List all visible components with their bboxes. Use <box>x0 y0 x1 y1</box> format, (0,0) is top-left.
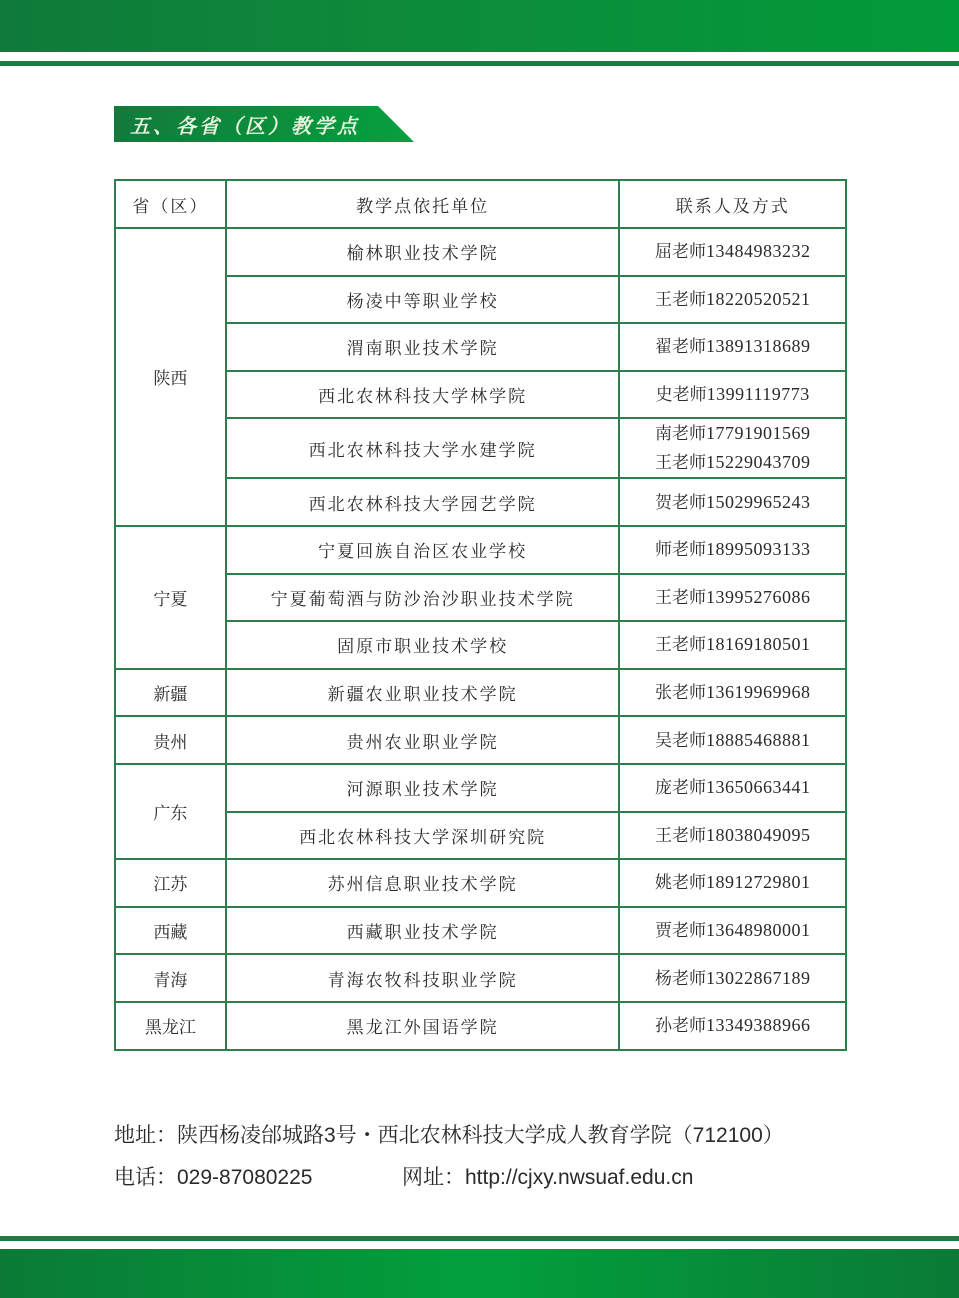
unit-cell: 榆林职业技术学院 <box>226 228 620 276</box>
address-value: 陕西杨凌邰城路3号・西北农林科技大学成人教育学院（712100） <box>177 1124 784 1147</box>
contact-cell: 屈老师13484983232 <box>619 228 846 276</box>
contact-cell: 杨老师13022867189 <box>619 954 846 1002</box>
contact-entry: 贾老师13648980001 <box>620 916 845 945</box>
contact-name: 王老师 <box>655 826 706 846</box>
contact-phone: 18169180501 <box>706 634 811 654</box>
contact-name: 翟老师 <box>655 337 706 357</box>
table-row: 青海青海农牧科技职业学院杨老师13022867189 <box>115 954 846 1002</box>
website-link[interactable]: http://cjxy.nwsuaf.edu.cn <box>465 1166 693 1189</box>
contact-name: 王老师 <box>655 635 706 655</box>
contact-phone: 13991119773 <box>707 384 810 404</box>
table-row: 贵州贵州农业职业学院吴老师18885468881 <box>115 716 846 764</box>
contact-phone: 13484983232 <box>706 241 811 261</box>
table-row: 陕西榆林职业技术学院屈老师13484983232 <box>115 228 846 276</box>
contact-phone: 13349388966 <box>706 1015 811 1035</box>
header-contact: 联系人及方式 <box>619 180 846 228</box>
contact-name: 南老师 <box>655 424 706 444</box>
contact-entry: 姚老师18912729801 <box>620 868 845 897</box>
table-row: 西藏西藏职业技术学院贾老师13648980001 <box>115 907 846 955</box>
contact-phone: 13648980001 <box>706 920 811 940</box>
contact-name: 王老师 <box>655 453 706 473</box>
table-row: 新疆新疆农业职业技术学院张老师13619969968 <box>115 669 846 717</box>
contact-entry: 王老师13995276086 <box>620 583 845 612</box>
contact-phone: 18912729801 <box>706 872 811 892</box>
footer-rule <box>0 1236 959 1241</box>
contact-cell: 贾老师13648980001 <box>619 907 846 955</box>
contact-phone: 18995093133 <box>706 539 811 559</box>
unit-cell: 新疆农业职业技术学院 <box>226 669 620 717</box>
contact-cell: 南老师17791901569王老师15229043709 <box>619 418 846 478</box>
unit-cell: 西北农林科技大学林学院 <box>226 371 620 419</box>
table-row: 江苏苏州信息职业技术学院姚老师18912729801 <box>115 859 846 907</box>
phone-value: 029-87080225 <box>177 1166 312 1189</box>
unit-cell: 西北农林科技大学园艺学院 <box>226 478 620 526</box>
unit-cell: 西北农林科技大学水建学院 <box>226 418 620 478</box>
unit-cell: 西藏职业技术学院 <box>226 907 620 955</box>
contact-entry: 师老师18995093133 <box>620 535 845 564</box>
unit-cell: 固原市职业技术学校 <box>226 621 620 669</box>
unit-cell: 贵州农业职业学院 <box>226 716 620 764</box>
contact-entry: 张老师13619969968 <box>620 678 845 707</box>
contact-name: 王老师 <box>655 290 706 310</box>
unit-cell: 宁夏回族自治区农业学校 <box>226 526 620 574</box>
unit-cell: 河源职业技术学院 <box>226 764 620 812</box>
contact-cell: 张老师13619969968 <box>619 669 846 717</box>
table-row: 黑龙江黑龙江外国语学院孙老师13349388966 <box>115 1002 846 1050</box>
contact-entry: 史老师13991119773 <box>620 380 845 409</box>
province-cell: 新疆 <box>115 669 226 717</box>
contact-name: 史老师 <box>656 385 707 405</box>
contact-name: 屈老师 <box>655 242 706 262</box>
contact-entry: 王老师18169180501 <box>620 630 845 659</box>
contact-name: 孙老师 <box>655 1016 706 1036</box>
contact-phone: 15229043709 <box>706 452 811 472</box>
contact-entry: 南老师17791901569 <box>620 419 845 448</box>
contact-phone: 13891318689 <box>706 336 811 356</box>
province-cell: 西藏 <box>115 907 226 955</box>
header-province: 省（区） <box>115 180 226 228</box>
province-cell: 黑龙江 <box>115 1002 226 1050</box>
contact-entry: 王老师18038049095 <box>620 821 845 850</box>
province-cell: 广东 <box>115 764 226 859</box>
contact-entry: 吴老师18885468881 <box>620 726 845 755</box>
contact-name: 王老师 <box>655 588 706 608</box>
province-cell: 陕西 <box>115 228 226 526</box>
contact-entry: 杨老师13022867189 <box>620 964 845 993</box>
contact-entry: 王老师18220520521 <box>620 285 845 314</box>
contact-name: 师老师 <box>655 540 706 560</box>
contact-entry: 翟老师13891318689 <box>620 332 845 361</box>
contact-phone: 13650663441 <box>706 777 811 797</box>
contact-phone: 15029965243 <box>706 492 811 512</box>
contact-phone: 18220520521 <box>706 289 811 309</box>
contact-entry: 孙老师13349388966 <box>620 1011 845 1040</box>
unit-cell: 宁夏葡萄酒与防沙治沙职业技术学院 <box>226 574 620 622</box>
contact-name: 贺老师 <box>655 493 706 513</box>
header-unit: 教学点依托单位 <box>226 180 620 228</box>
contact-entry: 庞老师13650663441 <box>620 773 845 802</box>
table-header-row: 省（区） 教学点依托单位 联系人及方式 <box>115 180 846 228</box>
table-row: 广东河源职业技术学院庞老师13650663441 <box>115 764 846 812</box>
contact-cell: 王老师13995276086 <box>619 574 846 622</box>
contact-entry: 王老师15229043709 <box>620 448 845 477</box>
unit-cell: 杨凌中等职业学校 <box>226 276 620 324</box>
unit-cell: 青海农牧科技职业学院 <box>226 954 620 1002</box>
contact-phone: 13022867189 <box>706 968 811 988</box>
contact-name: 庞老师 <box>655 778 706 798</box>
province-cell: 贵州 <box>115 716 226 764</box>
table-row: 宁夏宁夏回族自治区农业学校师老师18995093133 <box>115 526 846 574</box>
contact-phone: 17791901569 <box>706 423 811 443</box>
contact-name: 姚老师 <box>655 873 706 893</box>
unit-cell: 渭南职业技术学院 <box>226 323 620 371</box>
header-green-band <box>0 0 959 52</box>
contact-entry: 屈老师13484983232 <box>620 237 845 266</box>
contact-entry: 贺老师15029965243 <box>620 488 845 517</box>
province-cell: 宁夏 <box>115 526 226 669</box>
province-cell: 江苏 <box>115 859 226 907</box>
contact-name: 杨老师 <box>655 969 706 989</box>
contact-cell: 贺老师15029965243 <box>619 478 846 526</box>
contact-cell: 庞老师13650663441 <box>619 764 846 812</box>
phone-line: 电话：029-87080225 <box>114 1161 312 1191</box>
header-rule <box>0 61 959 66</box>
contact-cell: 师老师18995093133 <box>619 526 846 574</box>
website-line: 网址：http://cjxy.nwsuaf.edu.cn <box>402 1161 693 1191</box>
address-label: 地址： <box>114 1123 177 1147</box>
contact-cell: 王老师18038049095 <box>619 812 846 860</box>
contact-phone: 18038049095 <box>706 825 811 845</box>
contact-phone: 18885468881 <box>706 730 811 750</box>
contact-cell: 吴老师18885468881 <box>619 716 846 764</box>
contact-cell: 翟老师13891318689 <box>619 323 846 371</box>
contact-name: 贾老师 <box>655 921 706 941</box>
teaching-points-table: 省（区） 教学点依托单位 联系人及方式 陕西榆林职业技术学院屈老师1348498… <box>114 179 847 1051</box>
contact-phone: 13619969968 <box>706 682 811 702</box>
unit-cell: 苏州信息职业技术学院 <box>226 859 620 907</box>
contact-cell: 王老师18169180501 <box>619 621 846 669</box>
website-label: 网址： <box>402 1165 465 1189</box>
contact-name: 张老师 <box>655 683 706 703</box>
phone-label: 电话： <box>114 1165 177 1189</box>
section-title: 五、各省（区）教学点 <box>130 110 360 139</box>
contact-name: 吴老师 <box>655 731 706 751</box>
contact-cell: 王老师18220520521 <box>619 276 846 324</box>
address-line: 地址：陕西杨凌邰城路3号・西北农林科技大学成人教育学院（712100） <box>114 1119 784 1149</box>
contact-cell: 姚老师18912729801 <box>619 859 846 907</box>
unit-cell: 黑龙江外国语学院 <box>226 1002 620 1050</box>
footer-green-band <box>0 1249 959 1298</box>
contact-phone: 13995276086 <box>706 587 811 607</box>
section-title-tab: 五、各省（区）教学点 <box>114 106 414 142</box>
unit-cell: 西北农林科技大学深圳研究院 <box>226 812 620 860</box>
contact-cell: 史老师13991119773 <box>619 371 846 419</box>
province-cell: 青海 <box>115 954 226 1002</box>
contact-cell: 孙老师13349388966 <box>619 1002 846 1050</box>
